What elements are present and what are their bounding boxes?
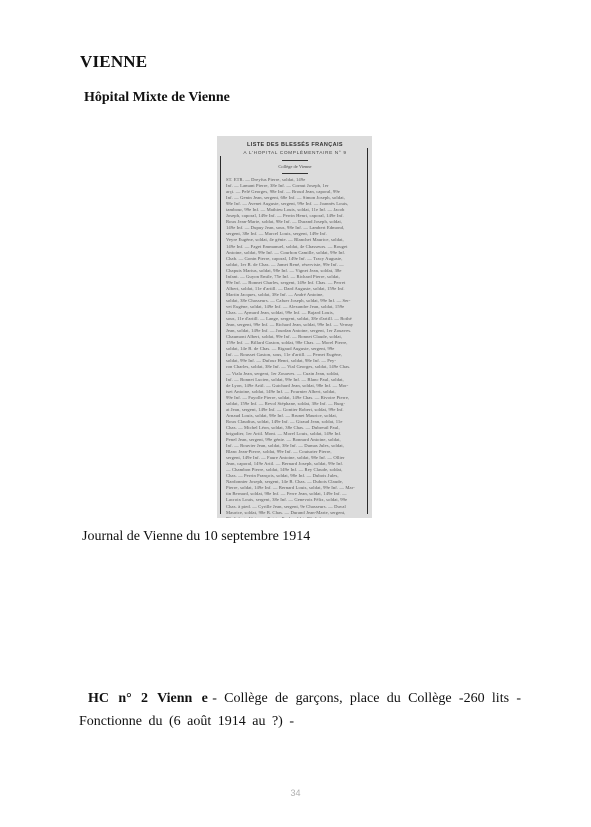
- clipping-right-rule: [367, 148, 368, 514]
- clipping-text-line: at Jean, sergent, 149e Inf. — Gontier Ro…: [226, 407, 364, 413]
- clipping-location: Collège de Vienne: [226, 164, 364, 169]
- section-title: VIENNE: [80, 52, 147, 72]
- clipping-text-line: Maurice, soldat, 98e B. Chas. — Durand J…: [226, 510, 364, 516]
- clipping-text-line: 149e Inf. — Faget Emmanuel, soldat, 4e C…: [226, 244, 364, 250]
- clipping-text-line: Veyre Eugène, soldat, 4e génie. — Blanch…: [226, 237, 364, 243]
- clipping-text-line: soldat, 159e Inf. — Revol Stéphane, sold…: [226, 401, 364, 407]
- clipping-text-line: 99e Inf. — Fayolle Pierre, soldat, 149e …: [226, 395, 364, 401]
- image-caption: Journal de Vienne du 10 septembre 1914: [82, 529, 310, 545]
- clipping-text-line: Lacroix Louis, sergent, 38e Inf. — Genev…: [226, 497, 364, 503]
- clipping-text-line: 99e Infant. Alpin. — Poirier Paul, solda…: [226, 516, 364, 518]
- clipping-separator: [282, 173, 308, 174]
- clipping-text-line: Chas. à pied. — Cyrille Jean, sergent, 9…: [226, 504, 364, 510]
- hospital-description: HC n° 2 Vienn e - Collège de garçons, pl…: [79, 687, 521, 733]
- clipping-left-rule: [220, 156, 221, 514]
- hospital-heading: Hôpital Mixte de Vienne: [84, 90, 230, 106]
- clipping-text-line: de Lyon, 149e Artil. — Guichard Jean, so…: [226, 383, 364, 389]
- clipping-text-line: Inf. — Bonnet Lucien, soldat, 99e Inf. —…: [226, 377, 364, 383]
- newspaper-clipping-image: LISTE DES BLESSÉS FRANÇAIS A L'HOPITAL C…: [217, 136, 372, 518]
- clipping-text-line: Antoine, soldat, 99e Inf. — Courbon Cami…: [226, 250, 364, 256]
- hospital-code: HC n° 2 Vienn e: [88, 691, 208, 706]
- clipping-headline: LISTE DES BLESSÉS FRANÇAIS: [226, 142, 364, 148]
- clipping-separator: [282, 160, 308, 161]
- clipping-text-lines: Inf. — Lamant Pierre, 38e Inf. — Cornut …: [226, 183, 364, 518]
- clipping-text-line: 99e Inf. — Bonnet Charles, sergent, 149e…: [226, 280, 364, 286]
- clipping-text-line: Albert, soldat, 11e d'artill. — Dard Aug…: [226, 286, 364, 292]
- clipping-subheadline: A L'HOPITAL COMPLÉMENTAIRE N° 9: [226, 151, 364, 156]
- clipping-text-line: soldat, 1er B. de Chas. — Jamet René, ré…: [226, 262, 364, 268]
- clipping-text-line: ron Charles, soldat, 38e Inf. — Vial Geo…: [226, 364, 364, 370]
- clipping-body: ST. ETR. — Dreyfus Pierre, soldat, 149e …: [226, 177, 364, 518]
- page-number: 34: [0, 788, 591, 798]
